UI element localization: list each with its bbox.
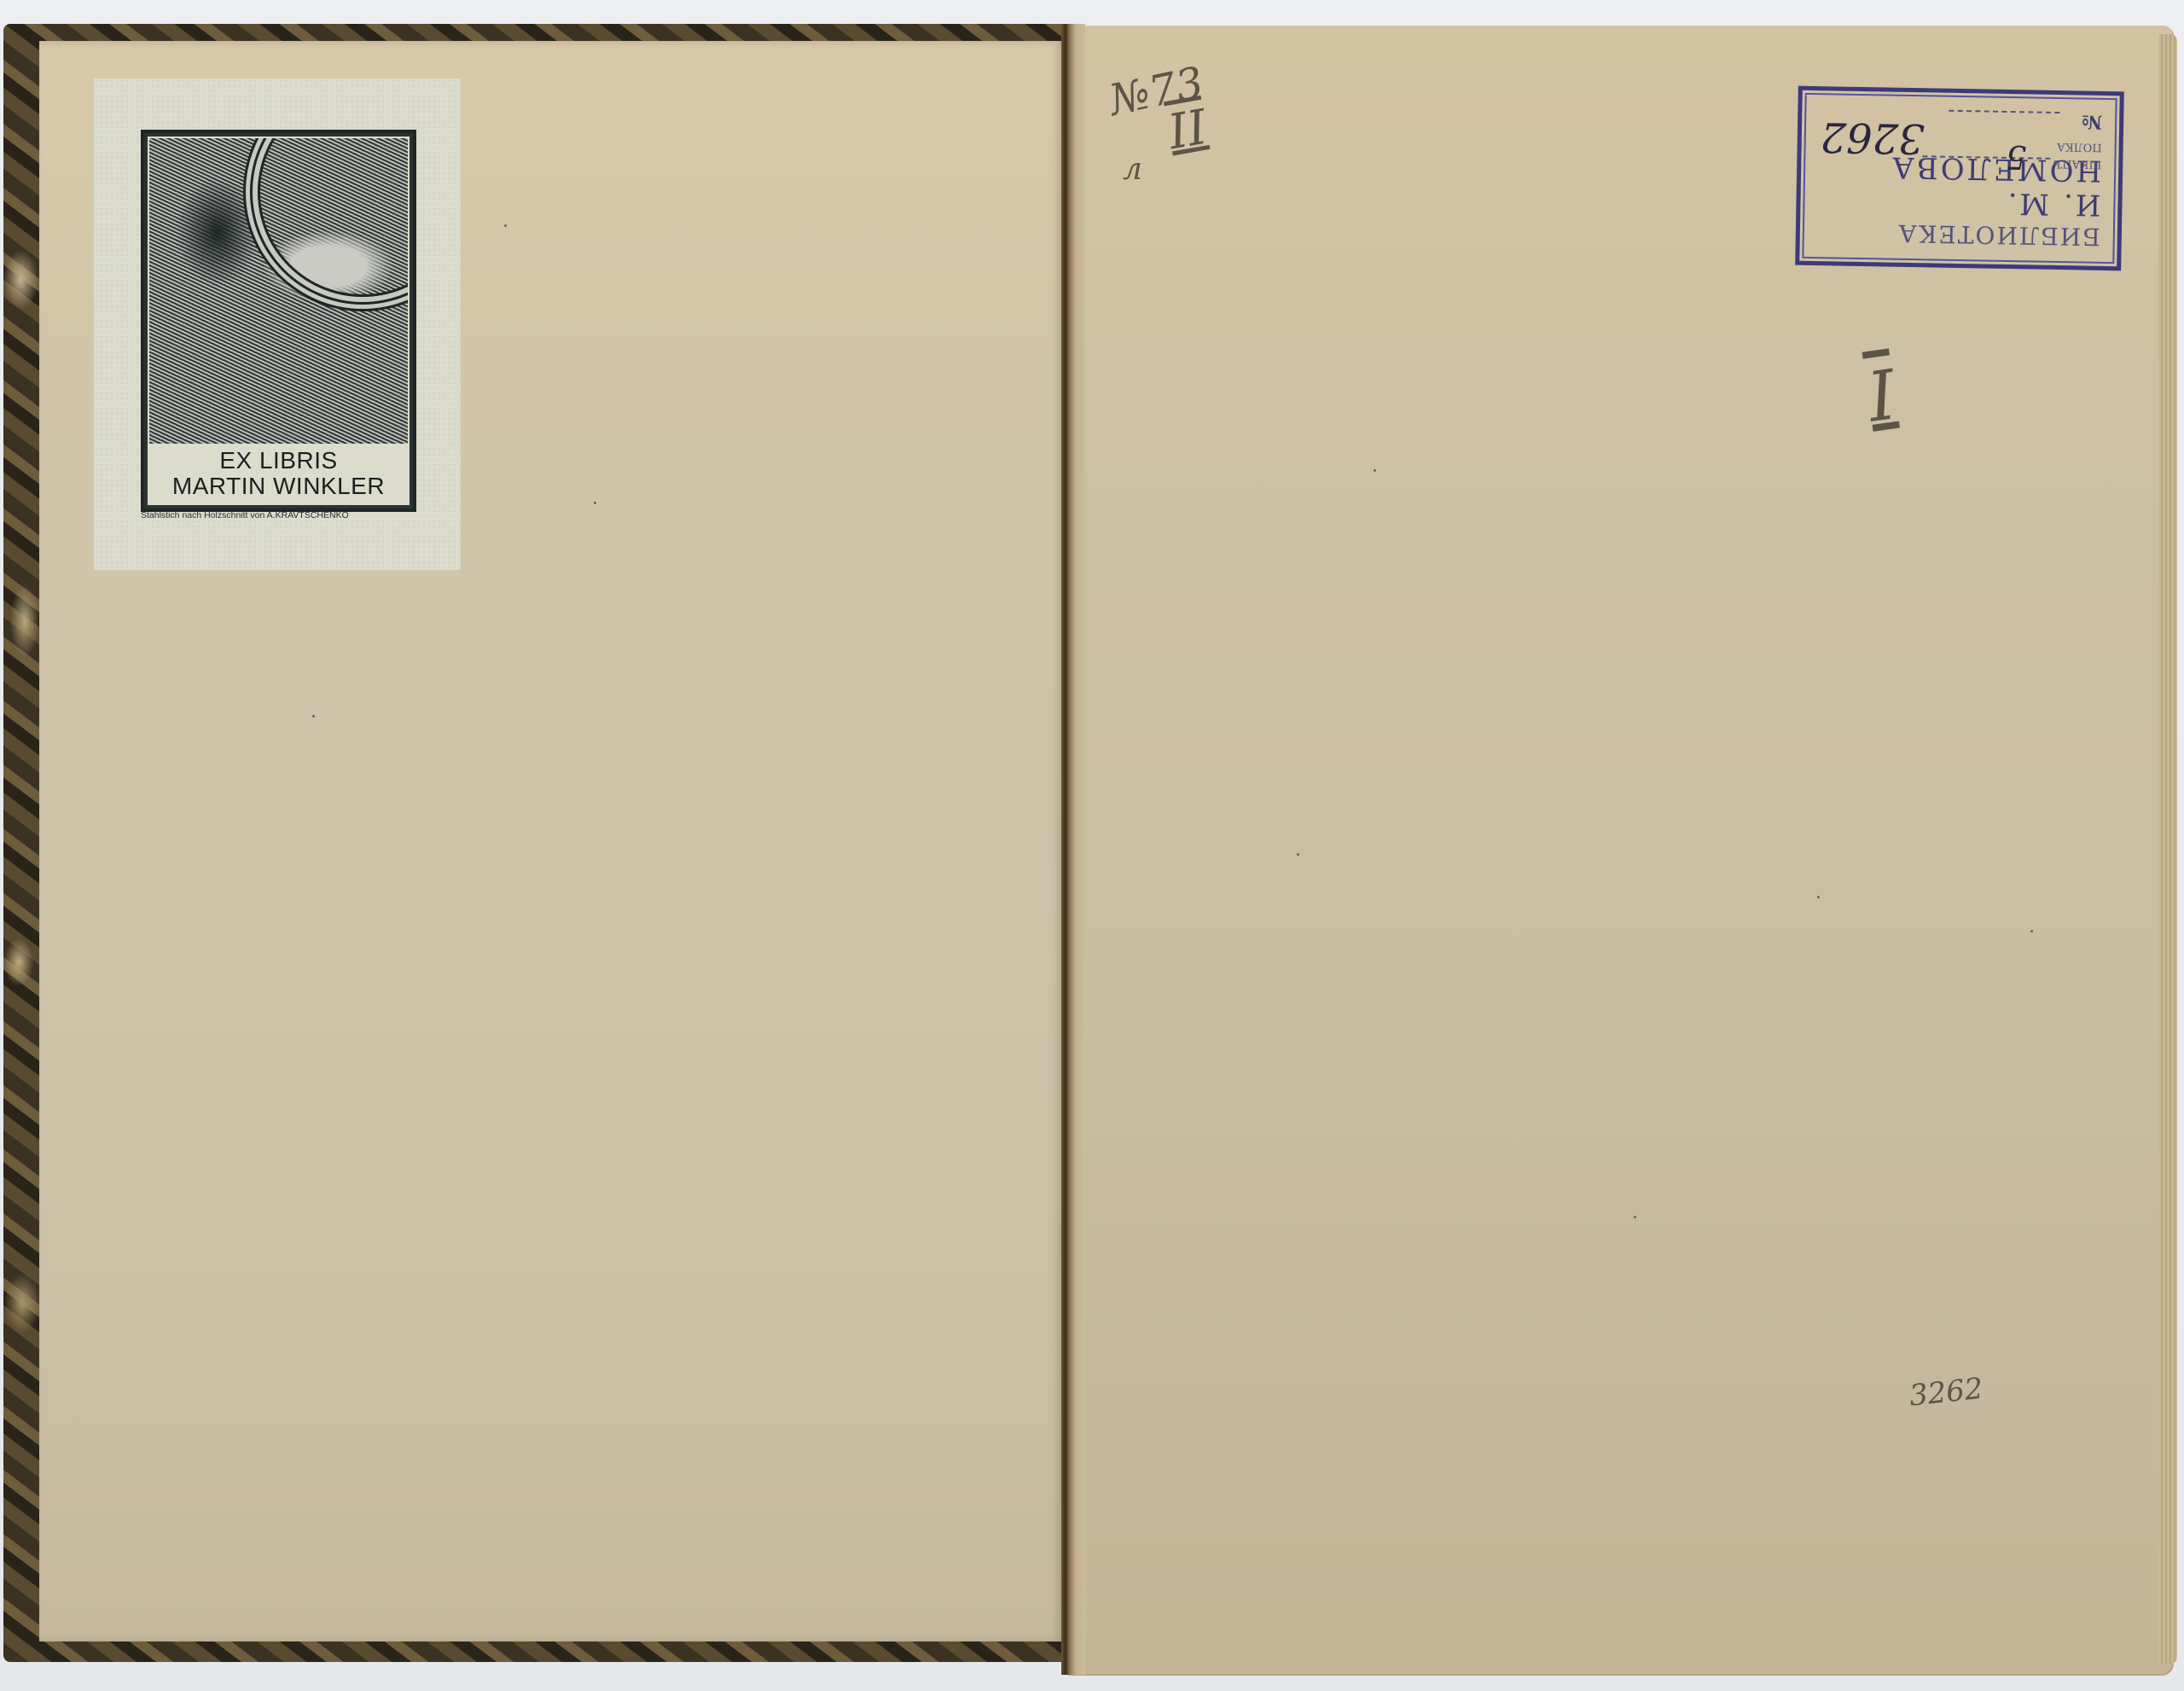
page-block-edge bbox=[2158, 34, 2177, 1664]
bookplate-title: EX LIBRIS bbox=[149, 447, 408, 474]
right-flyleaf-page bbox=[1066, 26, 2172, 1674]
book-gutter bbox=[1061, 24, 1085, 1675]
rainbow-arc-icon bbox=[258, 137, 409, 297]
paper-speck bbox=[2030, 930, 2033, 933]
bookplate: EX LIBRIS MARTIN WINKLER Stahlstich nach… bbox=[94, 78, 461, 570]
stamp-cabinet-label: ШКАПЪ bbox=[2053, 157, 2102, 171]
paper-speck bbox=[312, 715, 315, 718]
stamp-shelf-value: 5 bbox=[2006, 138, 2027, 176]
paper-speck bbox=[1817, 896, 1820, 898]
bookplate-engraving-frame: EX LIBRIS MARTIN WINKLER bbox=[141, 130, 416, 512]
paper-speck bbox=[1634, 1216, 1636, 1218]
paper-speck bbox=[594, 502, 596, 504]
stamp-dashed-line bbox=[1949, 110, 2059, 113]
stamp-number-value: 3262 bbox=[1820, 113, 1925, 162]
paper-speck bbox=[1374, 469, 1376, 472]
paper-speck bbox=[1297, 853, 1299, 856]
engraving-illustration: EX LIBRIS MARTIN WINKLER bbox=[148, 137, 409, 505]
stamp-shelf-label: ПОЛКА bbox=[2057, 140, 2102, 154]
handwritten-letter: л bbox=[1123, 152, 1142, 187]
library-stamp: БИБЛИОТЕКА И. М. НОМЕЛОВА ШКАПЪ ПОЛКА № … bbox=[1795, 86, 2124, 271]
stamp-library-label: БИБЛИОТЕКА bbox=[1896, 219, 2100, 251]
bookplate-caption: Stahlstich nach Holzschnitt von A.KRAVTS… bbox=[141, 510, 422, 520]
paper-speck bbox=[504, 224, 507, 227]
bookplate-owner: MARTIN WINKLER bbox=[149, 473, 408, 500]
stamp-number-label: № bbox=[2082, 110, 2102, 132]
